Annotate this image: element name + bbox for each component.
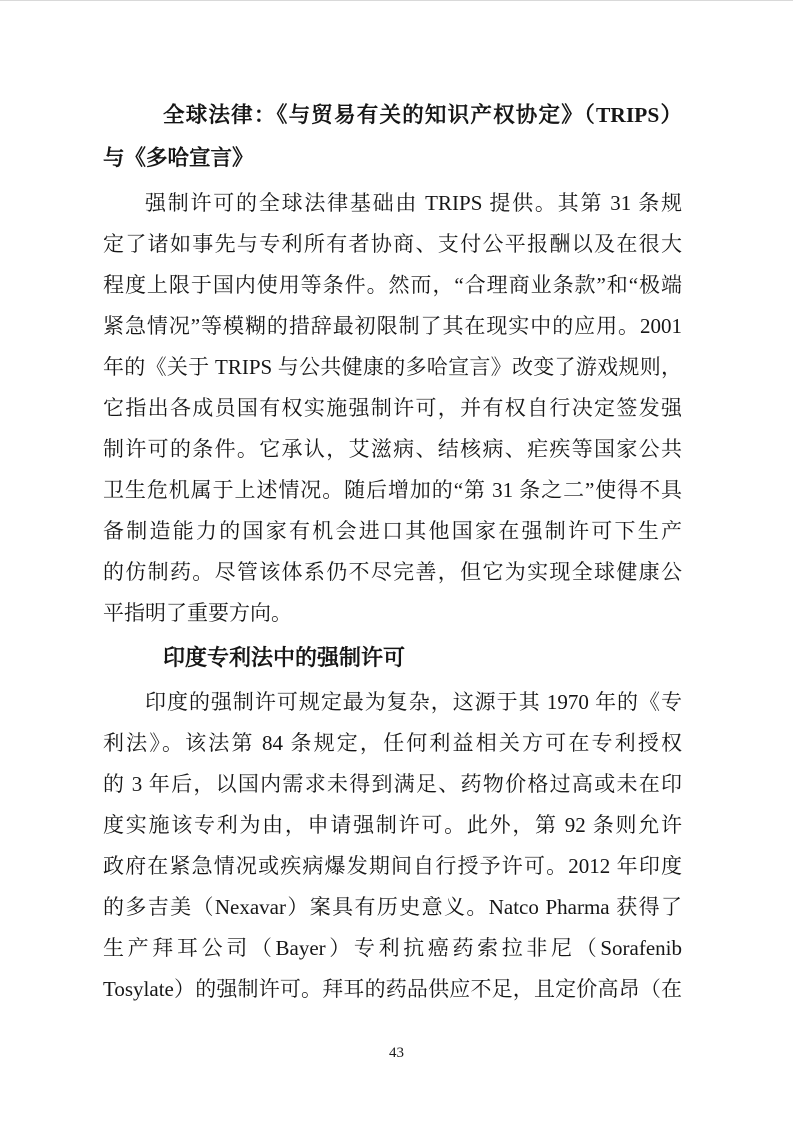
text-line: 生产拜耳公司（Bayer）专利抗癌药索拉非尼（Sorafenib: [103, 928, 682, 969]
text-line: 度实施该专利为由，申请强制许可。此外，第 92 条则允许: [103, 805, 682, 846]
section-heading: 全球法律：《与贸易有关的知识产权协定》（TRIPS）与《多哈宣言》: [103, 94, 682, 180]
text-line: 程度上限于国内使用等条件。然而，“合理商业条款”和“极端: [103, 265, 682, 306]
text-line: 强制许可的全球法律基础由 TRIPS 提供。其第 31 条规: [103, 183, 682, 224]
text-line: 平指明了重要方向。: [103, 593, 682, 634]
text-line: 与《多哈宣言》: [103, 137, 682, 180]
text-line: 印度专利法中的强制许可: [103, 636, 682, 679]
text-line: 制许可的条件。它承认，艾滋病、结核病、疟疾等国家公共: [103, 429, 682, 470]
text-line: 备制造能力的国家有机会进口其他国家在强制许可下生产: [103, 511, 682, 552]
text-line: 全球法律：《与贸易有关的知识产权协定》（TRIPS）: [103, 94, 682, 137]
section-heading: 印度专利法中的强制许可: [103, 636, 682, 679]
page-number: 43: [0, 1044, 793, 1062]
text-line: 年的《关于 TRIPS 与公共健康的多哈宣言》改变了游戏规则，: [103, 347, 682, 388]
body-paragraph: 印度的强制许可规定最为复杂，这源于其 1970 年的《专利法》。该法第 84 条…: [103, 682, 682, 1010]
document-page: 全球法律：《与贸易有关的知识产权协定》（TRIPS）与《多哈宣言》强制许可的全球…: [0, 0, 793, 1122]
text-line: 定了诸如事先与专利所有者协商、支付公平报酬以及在很大: [103, 224, 682, 265]
body-paragraph: 强制许可的全球法律基础由 TRIPS 提供。其第 31 条规定了诸如事先与专利所…: [103, 183, 682, 634]
text-line: 政府在紧急情况或疾病爆发期间自行授予许可。2012 年印度: [103, 846, 682, 887]
text-line: 印度的强制许可规定最为复杂，这源于其 1970 年的《专: [103, 682, 682, 723]
text-line: 的多吉美（Nexavar）案具有历史意义。Natco Pharma 获得了: [103, 887, 682, 928]
document-body: 全球法律：《与贸易有关的知识产权协定》（TRIPS）与《多哈宣言》强制许可的全球…: [103, 1, 682, 1010]
text-line: Tosylate）的强制许可。拜耳的药品供应不足，且定价高昂（在: [103, 969, 682, 1010]
text-line: 利法》。该法第 84 条规定，任何利益相关方可在专利授权: [103, 723, 682, 764]
text-line: 的仿制药。尽管该体系仍不尽完善，但它为实现全球健康公: [103, 552, 682, 593]
text-line: 卫生危机属于上述情况。随后增加的“第 31 条之二”使得不具: [103, 470, 682, 511]
text-line: 它指出各成员国有权实施强制许可，并有权自行决定签发强: [103, 388, 682, 429]
text-line: 紧急情况”等模糊的措辞最初限制了其在现实中的应用。2001: [103, 306, 682, 347]
text-line: 的 3 年后，以国内需求未得到满足、药物价格过高或未在印: [103, 764, 682, 805]
